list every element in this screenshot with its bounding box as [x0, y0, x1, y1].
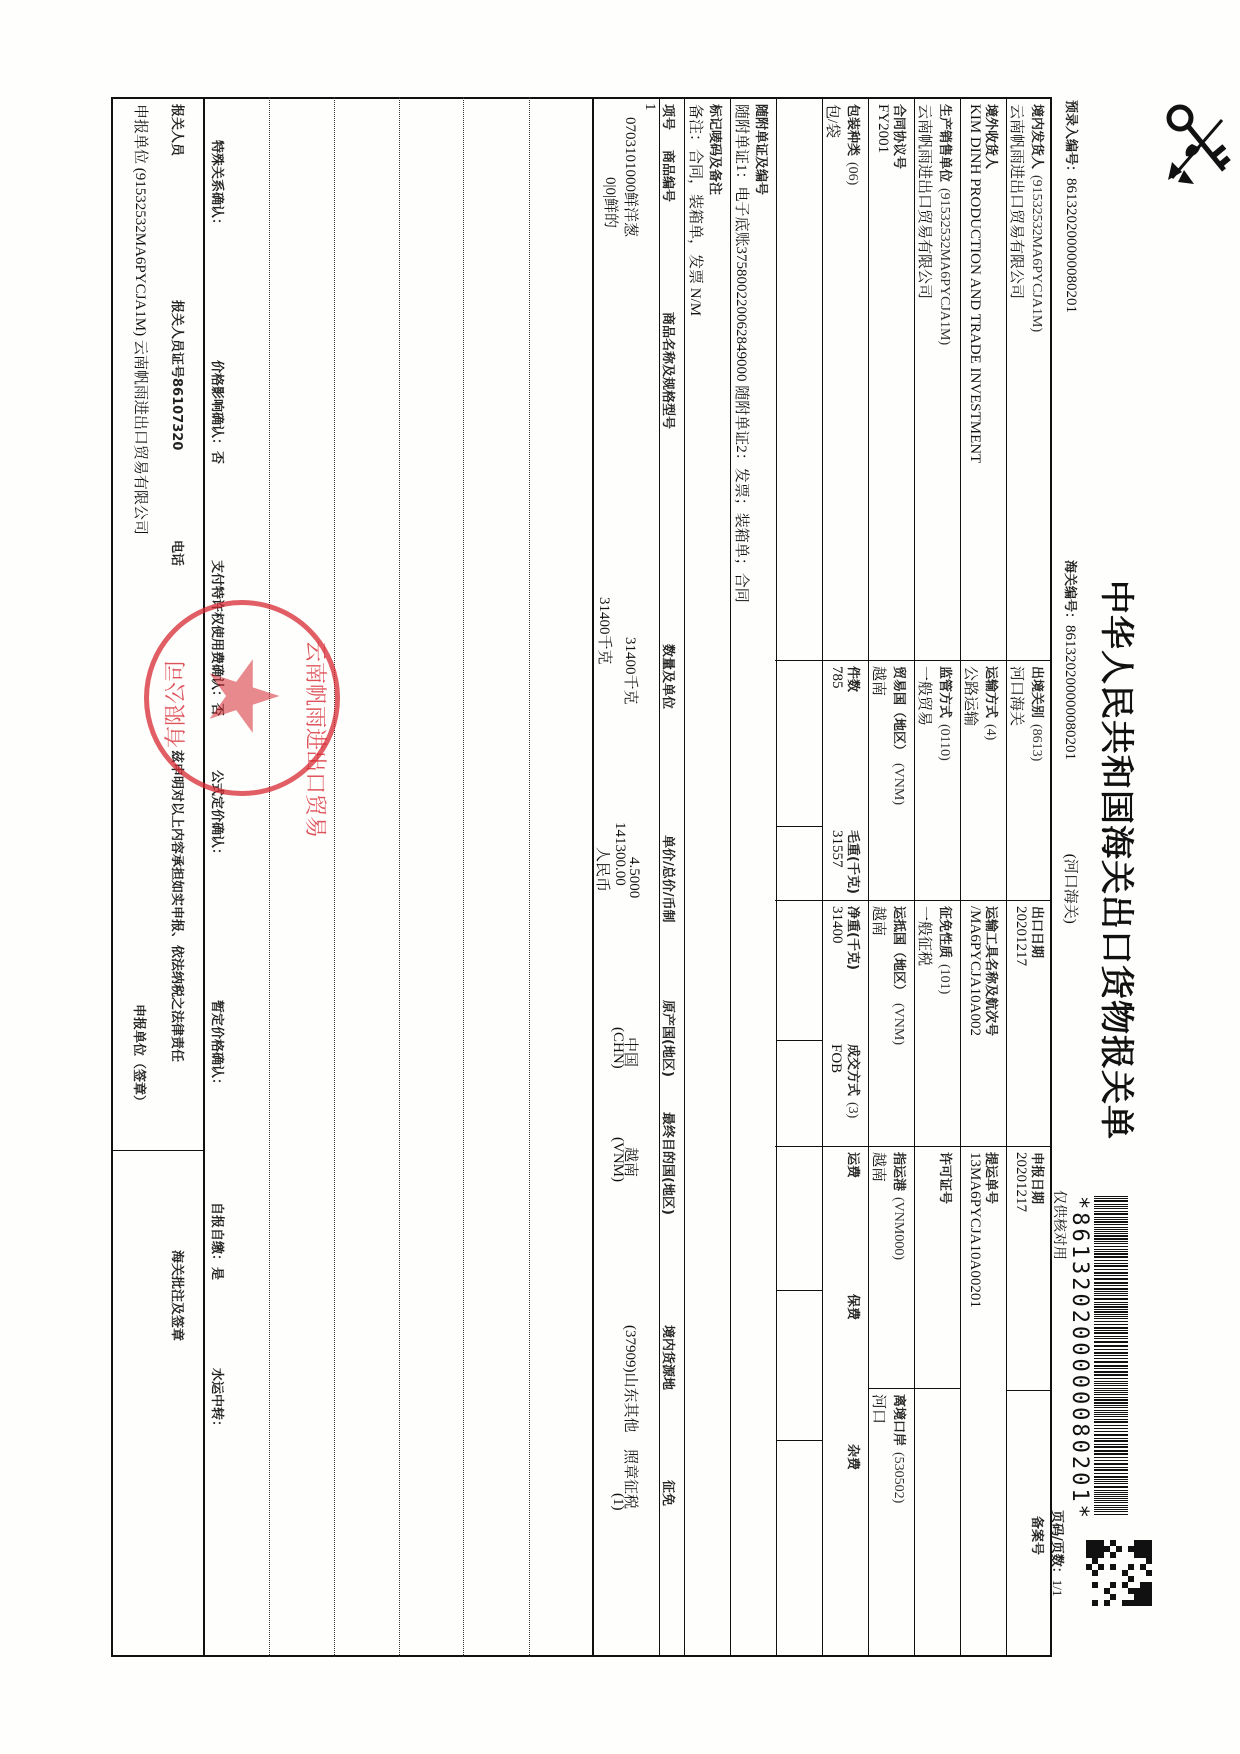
goods-header-qty: 数量及单位: [660, 644, 679, 709]
marks-field: 标记唛码及备注 备注：合同，装箱单，发票 N/M: [686, 104, 726, 316]
goods-header-name: 商品名称及规格型号: [660, 312, 679, 429]
net-weight-label: 净重(千克): [845, 906, 864, 970]
dest-port-label: 指运港: [891, 1152, 906, 1191]
customs-emblem-icon: [1162, 100, 1232, 190]
0-currency: 人民币: [593, 847, 614, 892]
export-date-value: 20201217: [1012, 906, 1029, 966]
declare-date-value: 20201217: [1012, 1152, 1029, 1212]
shipper-value: 云南帆雨进出口贸易有限公司: [1007, 104, 1028, 332]
transport-mode-value: 公路运输: [961, 666, 982, 740]
declarant-cert: 报关人员证号86107320: [169, 300, 188, 450]
producer-code: (91532532MA6PYCJA1M): [937, 188, 952, 345]
declare-date-label: 申报日期: [1029, 1152, 1048, 1212]
goods-header-source: 境内货源地: [660, 1325, 679, 1390]
table-rule: [960, 97, 961, 1657]
barcode-icon: [1094, 1196, 1128, 1516]
transaction-mode-code: (3): [845, 1102, 860, 1118]
freight-field: 运费: [845, 1152, 864, 1178]
seal-text-top: 云南帆雨进出口贸易: [301, 640, 332, 838]
vehicle-label: 运输工具名称及航次号: [983, 906, 1002, 1036]
verify-only-note: 仅供核对用: [1050, 1190, 1070, 1260]
export-date-field: 出口日期 20201217: [1012, 906, 1048, 966]
self-report-confirm: 自报自缴：是: [209, 1202, 228, 1280]
table-rule: [777, 1040, 823, 1041]
net-weight-field: 净重(千克) 31400: [828, 906, 864, 970]
gross-weight-field: 毛重(千克) 31557: [828, 830, 864, 894]
special-relation-confirm: 特殊关系确认：: [209, 140, 228, 231]
declaring-unit: 申报单位 (91532532MA6PYCJA1M) 云南帆雨进出口贸易有限公司: [131, 104, 152, 535]
exit-customs-field: 出境关别(8613) 河口海关: [1007, 666, 1048, 761]
0-hs-code: 0703101000: [622, 117, 638, 192]
0-qty1: 31400千克: [621, 637, 642, 705]
barcode: *861320200000080201*: [1067, 1196, 1128, 1516]
header-pre-entry-no: 861320200000080201: [1063, 178, 1079, 313]
table-rule: [777, 826, 823, 827]
dest-country-field: 运抵国（地区）(VNM) 越南: [869, 906, 910, 1045]
shipper-field: 境内发货人(91532532MA6PYCJA1M) 云南帆雨进出口贸易有限公司: [1007, 104, 1048, 332]
freight-label: 运费: [845, 1152, 864, 1178]
price-influence-confirm: 价格影响确认：否: [209, 360, 228, 464]
dest-country-value: 越南: [869, 906, 890, 1045]
goods-header-hs-code: 商品编号: [660, 150, 679, 202]
goods-header-destination: 最终目的国(地区): [660, 1112, 679, 1215]
header-barcode-text: *861320200000080201*: [1067, 1196, 1092, 1516]
misc-fee-field: 杂费: [845, 1444, 864, 1470]
docs-label: 随附单证及编号: [753, 104, 772, 603]
consignee-label: 境外收货人: [983, 104, 1002, 463]
filing-no-field: 备案号: [1029, 1396, 1048, 1555]
dest-port-field: 指运港(VNM000) 越南: [869, 1152, 910, 1260]
filing-no-label: 备案号: [1029, 1396, 1048, 1555]
table-rule: [822, 97, 823, 1657]
contract-no-value: FY2001: [874, 104, 891, 169]
table-rule: [529, 97, 530, 1657]
table-rule: [776, 97, 777, 1657]
provisional-price-confirm: 暂定价格确认：: [209, 1000, 228, 1091]
bill-no-field: 提运单号 13MA6PYCJA10A00201: [966, 1152, 1002, 1308]
package-type-code: (06): [845, 162, 860, 185]
statement: 兹申明对以上内容承担如实申报、依法纳税之法律责任: [169, 750, 188, 1062]
page-title: 中华人民共和国海关出口货物报关单: [1095, 580, 1144, 1140]
goods-header-levy: 征免: [660, 1480, 679, 1506]
trade-country-code: (VNM): [891, 763, 906, 805]
trade-country-field: 贸易国（地区）(VNM) 越南: [869, 666, 910, 805]
0-qty2: 31400千克: [595, 597, 616, 665]
levy-nature-label: 征免性质: [937, 906, 952, 958]
marks-label: 标记唛码及备注: [707, 104, 726, 316]
dest-port-value: 越南: [869, 1152, 890, 1260]
customs-number: 海关编号：861320200000080201 (河口海关): [1061, 560, 1082, 924]
exit-customs-value: 河口海关: [1007, 666, 1028, 761]
0-spec: 0|0|鲜的: [601, 177, 622, 228]
table-rule: [111, 1150, 205, 1151]
pieces-value: 785: [828, 666, 845, 692]
consignee-value: KIM DINH PRODUCTION AND TRADE INVESTMENT: [966, 104, 983, 463]
dest-port-code: (VNM000): [891, 1197, 906, 1260]
levy-nature-code: (101): [937, 964, 952, 994]
dest-country-label: 运抵国（地区）: [891, 906, 906, 997]
docs-field: 随附单证及编号 随附单证1：电子底账375800220062849000 随附单…: [732, 104, 772, 603]
transaction-mode-label: 成交方式: [845, 1044, 860, 1096]
header-page-value: 1/1: [1050, 1580, 1065, 1597]
shipper-label: 境内发货人: [1029, 104, 1044, 169]
goods-header-origin: 原产国(地区): [660, 1000, 679, 1077]
pre-entry-number: 预录入编号：861320200000080201: [1062, 100, 1082, 313]
bill-no-value: 13MA6PYCJA10A00201: [966, 1152, 983, 1308]
producer-field: 生产销售单位(91532532MA6PYCJA1M) 云南帆雨进出口贸易有限公司: [915, 104, 956, 345]
transport-mode-code: (4): [983, 724, 998, 740]
phone-label: 电话: [169, 540, 188, 566]
declaring-unit-sign: 申报单位（签章）: [131, 1004, 150, 1108]
supervision-code: (0110): [937, 724, 952, 761]
producer-value: 云南帆雨进出口贸易有限公司: [915, 104, 936, 345]
0-source: (37909)山东其他: [621, 1325, 642, 1433]
dest-country-code: (VNM): [891, 1003, 906, 1045]
gross-weight-label: 毛重(千克): [845, 830, 864, 894]
table-rule: [463, 97, 464, 1657]
transport-mode-field: 运输方式(4) 公路运输: [961, 666, 1002, 740]
table-rule: [775, 1146, 1052, 1147]
supervision-field: 监管方式(0110) 一般贸易: [915, 666, 956, 761]
declare-date-field: 申报日期 20201217: [1012, 1152, 1048, 1212]
customs-declaration-page: 预录入编号：861320200000080201 中华人民共和国海关出口货物报关…: [0, 0, 1240, 1754]
license-no-field: 许可证号: [937, 1152, 956, 1204]
table-rule: [684, 97, 685, 1657]
declarant-label: 报关人员: [169, 104, 188, 156]
goods-header-price: 单价/总价/币制: [660, 835, 679, 923]
table-rule: [777, 1440, 823, 1441]
exit-customs-label: 出境关别: [1029, 666, 1044, 718]
net-weight-value: 31400: [828, 906, 845, 970]
0-name: 鲜洋葱: [622, 192, 638, 237]
seal-text-bottom: 有限公司: [159, 660, 190, 748]
package-type-label: 包装种类: [845, 104, 860, 156]
supervision-label: 监管方式: [937, 666, 952, 718]
0-origin-code: (CHN): [609, 1027, 626, 1069]
transaction-mode-value: FOB: [827, 1044, 844, 1118]
contract-no-field: 合同协议号 FY2001: [874, 104, 910, 169]
supervision-value: 一般贸易: [915, 666, 936, 761]
customs-approval: 海关批注及签章: [169, 1250, 188, 1341]
exit-port-code: (530502): [891, 1452, 906, 1503]
insurance-field: 保费: [845, 1294, 864, 1320]
package-type-field: 包装种类(06) 包/袋: [823, 104, 864, 185]
misc-fee-label: 杂费: [845, 1444, 864, 1470]
0-destination-code: (VNM): [609, 1137, 626, 1182]
table-rule: [203, 97, 205, 1657]
exit-port-label: 离境口岸: [891, 1394, 906, 1446]
consignee-field: 境外收货人 KIM DINH PRODUCTION AND TRADE INVE…: [966, 104, 1002, 463]
goods-header-item-no: 项号: [660, 104, 679, 130]
table-rule: [1007, 1390, 1052, 1391]
table-rule: [869, 1388, 961, 1389]
table-rule: [775, 900, 1052, 901]
license-no-label: 许可证号: [937, 1152, 956, 1204]
0-item-no: 1: [641, 103, 658, 111]
exit-port-field: 离境口岸(530502) 河口: [869, 1394, 910, 1503]
pieces-field: 件数 785: [828, 666, 864, 692]
transaction-mode-field: 成交方式(3) FOB: [827, 1044, 864, 1118]
exit-customs-code: (8613): [1029, 724, 1044, 761]
qr-code-icon: [1086, 1540, 1152, 1606]
bill-no-label: 提运单号: [983, 1152, 1002, 1308]
table-rule: [399, 97, 400, 1657]
trade-country-value: 越南: [869, 666, 890, 805]
water-transit-confirm: 水运中转：: [209, 1368, 228, 1433]
pieces-label: 件数: [845, 666, 864, 692]
levy-nature-field: 征免性质(101) 一般征税: [915, 906, 956, 994]
package-type-value: 包/袋: [823, 104, 844, 185]
form-frame: [111, 97, 1052, 1657]
vehicle-field: 运输工具名称及航次号 /MA6PYCJA10A002: [966, 906, 1002, 1036]
header-customs-office: (河口海关): [1062, 854, 1078, 924]
table-rule: [269, 97, 270, 1657]
vehicle-value: /MA6PYCJA10A002: [966, 906, 983, 1036]
header-customs-no-label: 海关编号：: [1062, 560, 1077, 625]
marks-value: 备注：合同，装箱单，发票 N/M: [686, 104, 707, 316]
table-rule: [777, 1290, 823, 1291]
export-date-label: 出口日期: [1029, 906, 1048, 966]
shipper-code: (91532532MA6PYCJA1M): [1029, 175, 1044, 332]
levy-nature-value: 一般征税: [915, 906, 936, 994]
table-row: 1 0703101000鲜洋葱 0|0|鲜的 31400千克 31400千克 4…: [594, 97, 658, 1657]
producer-label: 生产销售单位: [937, 104, 952, 182]
0-levy-code: (1): [609, 1493, 626, 1511]
star-icon: ★: [195, 653, 291, 739]
contract-no-label: 合同协议号: [891, 104, 910, 169]
transport-mode-label: 运输方式: [983, 666, 998, 718]
table-rule: [730, 97, 731, 1657]
insurance-label: 保费: [845, 1294, 864, 1320]
gross-weight-value: 31557: [828, 830, 845, 894]
exit-port-value: 河口: [869, 1394, 890, 1503]
header-pre-entry-label: 预录入编号：: [1063, 100, 1078, 178]
docs-value: 随附单证1：电子底账375800220062849000 随附单证2：发票；装箱…: [732, 104, 753, 603]
header-customs-no: 861320200000080201: [1062, 625, 1078, 760]
trade-country-label: 贸易国（地区）: [891, 666, 906, 757]
table-rule: [775, 660, 1052, 661]
table-rule: [334, 97, 335, 1657]
